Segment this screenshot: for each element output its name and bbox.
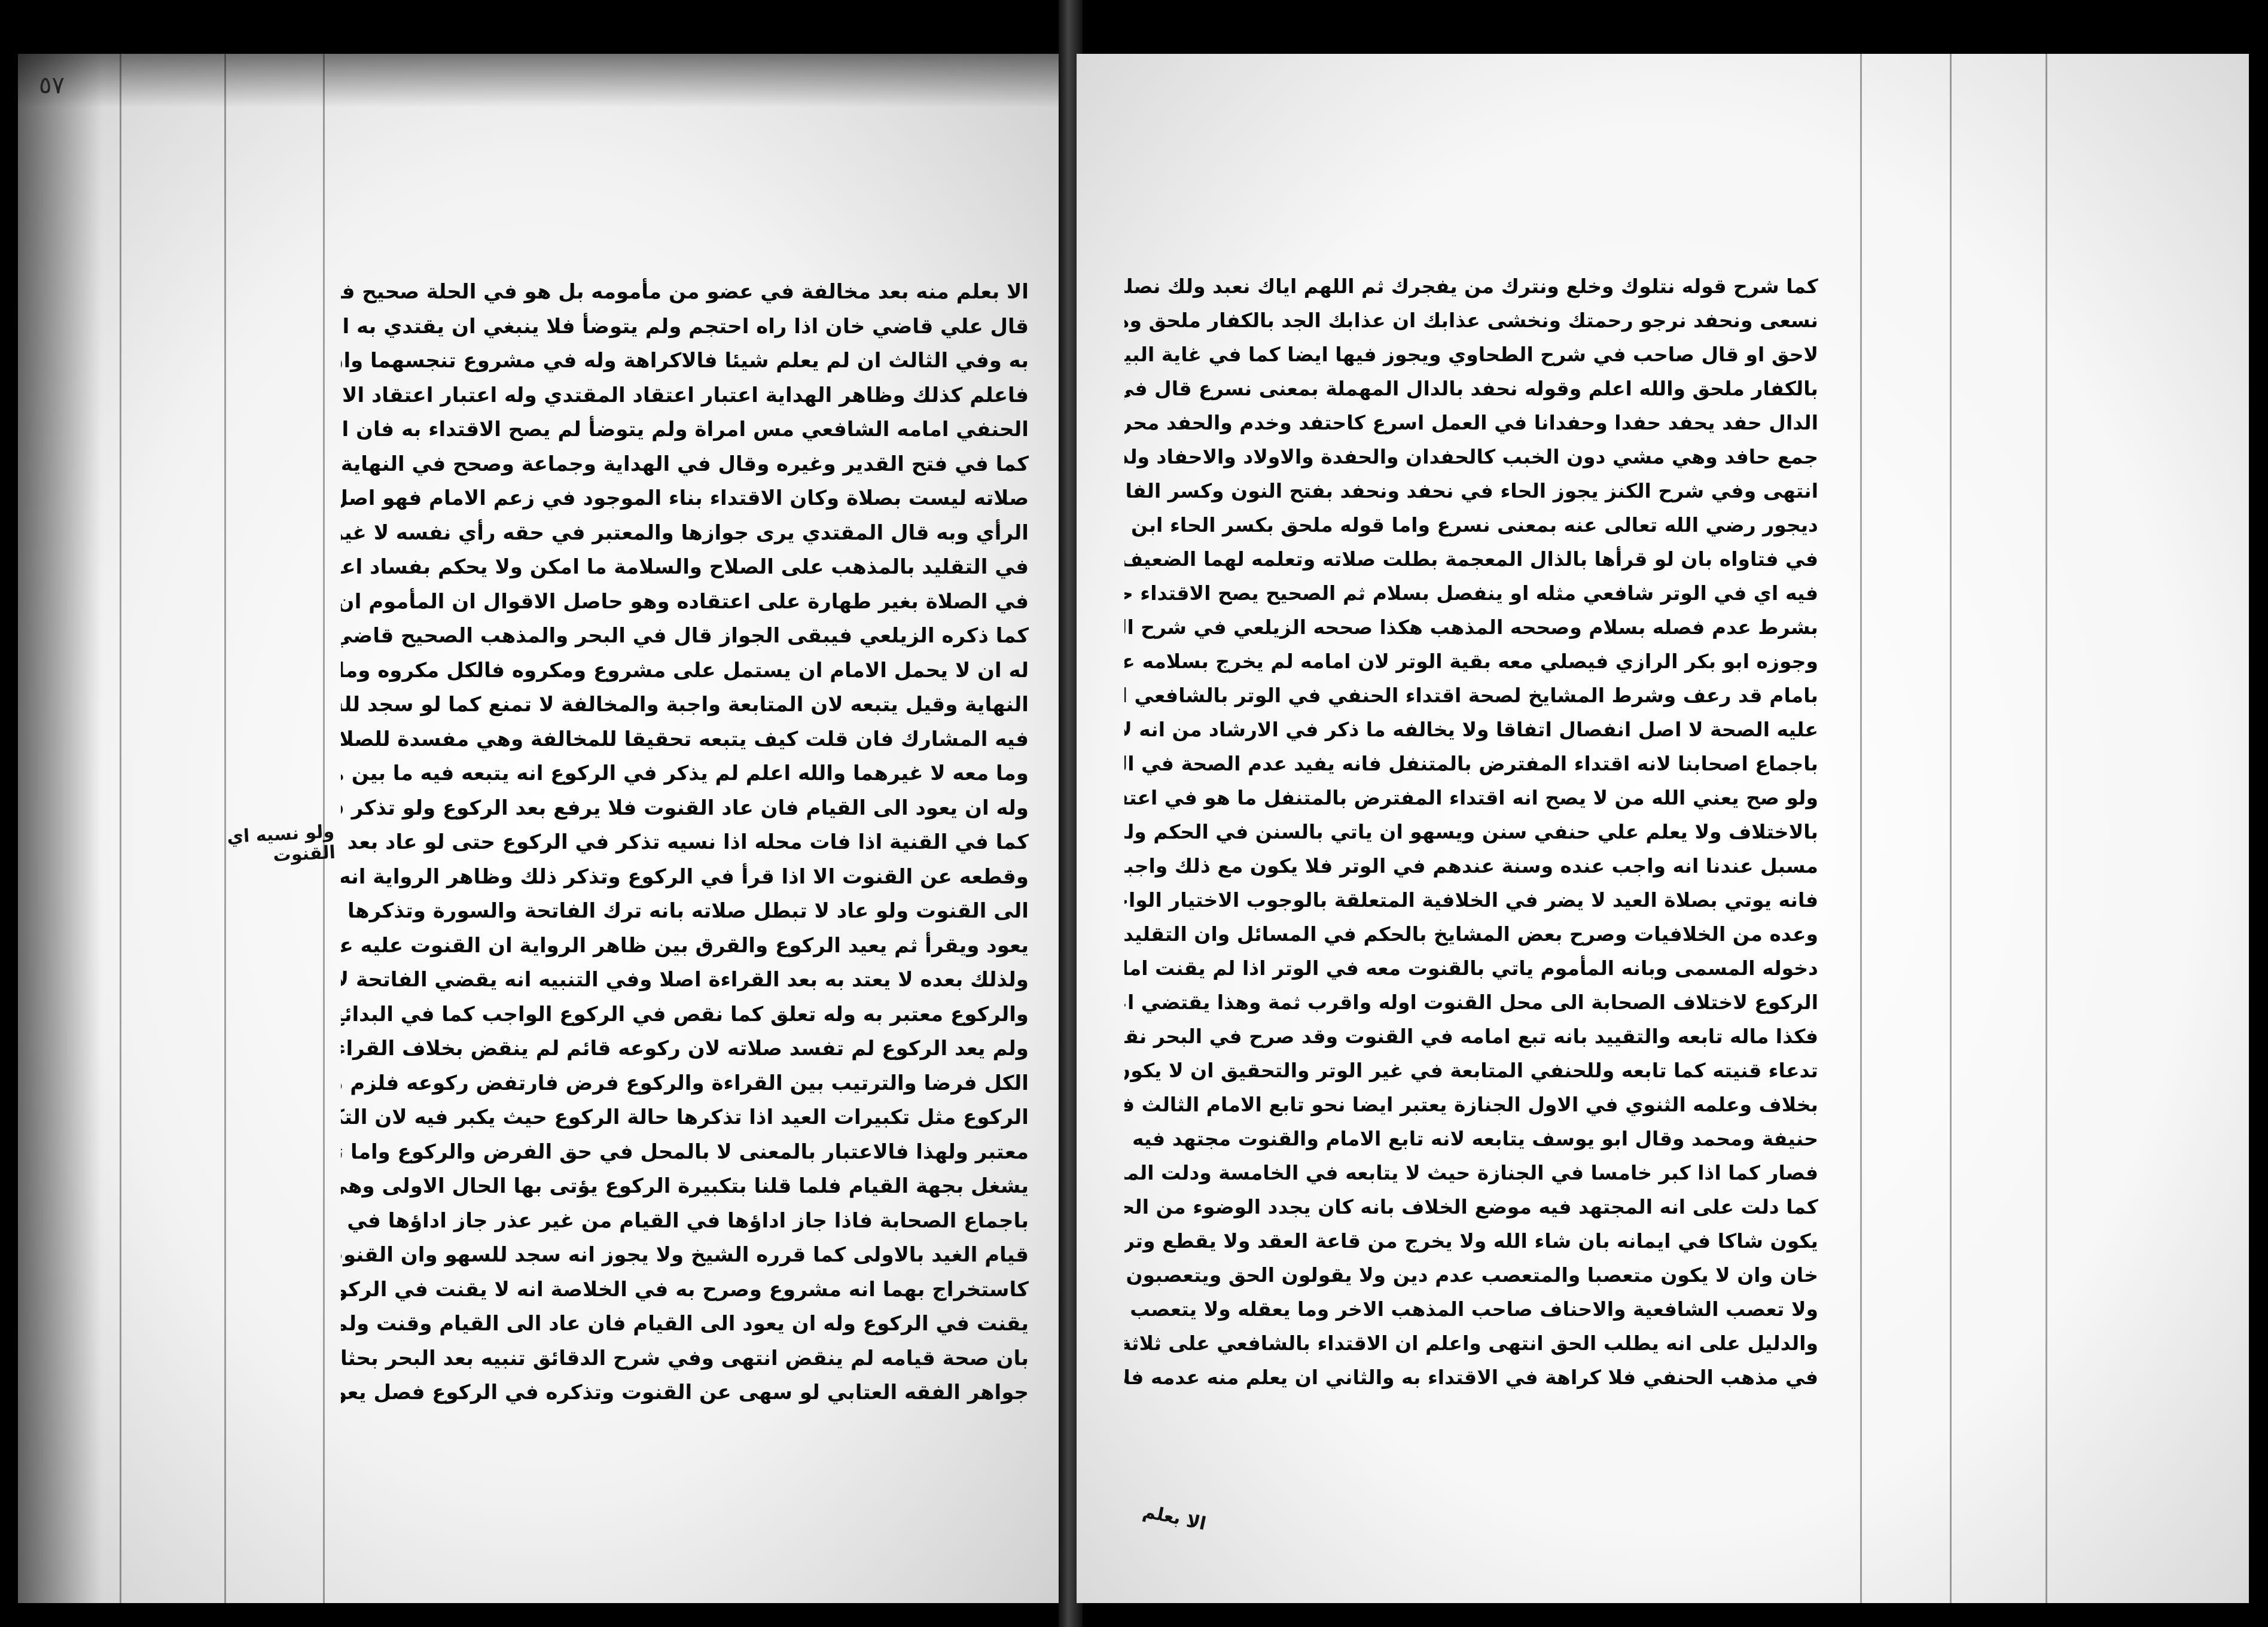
- text-line: ولذلك بعده لا يعتد به بعد القراءة اصلا و…: [341, 963, 1029, 998]
- text-line: وعده من الخلافيات وصرح بعض المشايخ بالحك…: [1124, 917, 1818, 951]
- text-line: والدليل على انه يطلب الحق انتهى واعلم ان…: [1124, 1326, 1818, 1360]
- text-line: الى القنوت ولو عاد لا تبطل صلاته بانه تر…: [341, 894, 1029, 929]
- text-line: كما شرح قوله نتلوك وخلع ونترك من يفجرك ث…: [1124, 269, 1818, 303]
- text-line: كاستخراج بهما انه مشروع وصرح به في الخلا…: [341, 1273, 1029, 1308]
- text-line: له ان لا يحمل الامام ان يستمل على مشروع …: [341, 654, 1029, 688]
- page-shadow-top: [18, 54, 1062, 108]
- catchword: الا بعلم: [1141, 1501, 1208, 1534]
- text-line: في الصلاة بغير طهارة على اعتقاده وهو حاص…: [341, 585, 1029, 620]
- text-line: ولو صح يعني الله من لا يصح انه اقتداء ال…: [1124, 781, 1818, 815]
- text-line: بان صحة قيامه لم ينقض انتهى وفي شرح الدق…: [341, 1342, 1029, 1376]
- text-line: كما في فتح القدير وغيره وقال في الهداية …: [341, 447, 1029, 482]
- ruling-line: [1950, 54, 1952, 1603]
- text-line: به وفي الثالث ان لم يعلم شيئا فالاكراهة …: [341, 344, 1029, 379]
- text-line: باجماع الصحابة فاذا جاز اداؤها في القيام…: [341, 1204, 1029, 1239]
- text-line: قال علي قاضي خان اذا راه احتجم ولم يتوضأ…: [341, 310, 1029, 345]
- text-line: والركوع معتبر به وله تعلق كما نقص في الر…: [341, 998, 1029, 1032]
- text-line: ديجور رضي الله تعالى عنه بمعنى نسرع واما…: [1124, 508, 1818, 542]
- text-line: جمع حافد وهي مشي دون الخبب كالحفدان والح…: [1124, 440, 1818, 474]
- text-line: قيام الغيد بالاولى كما قرره الشيخ ولا يج…: [341, 1238, 1029, 1273]
- text-line: تدعاء قنيته كما تابعه وللحنفي المتابعة ف…: [1124, 1053, 1818, 1087]
- text-line: الركوع مثل تكبيرات العيد اذا تذكرها حالة…: [341, 1101, 1029, 1135]
- text-line: ولا تعصب الشافعية والاحناف صاحب المذهب ا…: [1124, 1292, 1818, 1326]
- folio-number: ٥٧: [39, 72, 65, 99]
- right-page: كما شرح قوله نتلوك وخلع ونترك من يفجرك ث…: [1077, 54, 2249, 1603]
- text-line: في فتاواه بان لو قرأها بالذال المعجمة بط…: [1124, 542, 1818, 576]
- text-line: فيه اي في الوتر شافعي مثله او ينفصل بسلا…: [1124, 576, 1818, 610]
- text-line: بالكفار ملحق والله اعلم وقوله نحفد بالدا…: [1124, 371, 1818, 406]
- text-line: وقطعه عن القنوت الا اذا قرأ في الركوع وت…: [341, 860, 1029, 895]
- text-line: كما دلت على انه المجتهد فيه موضع الخلاف …: [1124, 1190, 1818, 1224]
- manuscript-scan: ٥٧ ولو نسيه اي القنوت الا بعلم منه بعد م…: [0, 0, 2268, 1627]
- text-line: صلاته ليست بصلاة وكان الاقتداء بناء المو…: [341, 482, 1029, 516]
- page-shadow: [18, 54, 102, 1603]
- text-line: وجوزه ابو بكر الرازي فيصلي معه بقية الوت…: [1124, 644, 1818, 678]
- text-line: فكذا ماله تابعه والتقييد بانه تبع امامه …: [1124, 1019, 1818, 1053]
- text-line: فاعلم كذلك وظاهر الهداية اعتبار اعتقاد ا…: [341, 379, 1029, 413]
- margin-note: ولو نسيه اي القنوت: [166, 821, 336, 872]
- text-line: بشرط عدم فصله بسلام وصححه المذهب هكذا صح…: [1124, 610, 1818, 644]
- text-line: بامام قد رعف وشرط المشايخ لصحة اقتداء ال…: [1124, 678, 1818, 712]
- text-line: عليه الصحة لا اصل انفصال اتفاقا ولا يخال…: [1124, 712, 1818, 747]
- text-line: الا بعلم منه بعد مخالفة في عضو من مأمومه…: [341, 275, 1029, 310]
- text-line: نسعى ونحفد نرجو رحمتك ونخشى عذابك ان عذا…: [1124, 303, 1818, 337]
- text-line: باجماع اصحابنا لانه اقتداء المفترض بالمت…: [1124, 747, 1818, 781]
- text-line: يكون شاكا في ايمانه بان شاء الله ولا يخر…: [1124, 1224, 1818, 1258]
- text-line: جواهر الفقه العتابي لو سهى عن القنوت وتذ…: [341, 1376, 1029, 1410]
- text-line: الرأي وبه قال المقتدي يرى جوازها والمعتب…: [341, 516, 1029, 551]
- text-line: في مذهب الحنفي فلا كراهة في الاقتداء به …: [1124, 1360, 1818, 1394]
- left-page: ٥٧ ولو نسيه اي القنوت الا بعلم منه بعد م…: [18, 54, 1062, 1603]
- text-line: بالاختلاف ولا يعلم علي حنفي سنن ويسهو ان…: [1124, 815, 1818, 849]
- right-page-text: كما شرح قوله نتلوك وخلع ونترك من يفجرك ث…: [1124, 269, 1818, 1394]
- text-line: حنيفة ومحمد وقال ابو يوسف يتابعه لانه تا…: [1124, 1122, 1818, 1156]
- text-line: فيه المشارك فان قلت كيف يتبعه تحقيقا للم…: [341, 723, 1029, 757]
- text-line: انتهى وفي شرح الكنز يجوز الحاء في نحفد و…: [1124, 474, 1818, 508]
- text-line: النهاية وقيل يتبعه لان المتابعة واجبة وا…: [341, 688, 1029, 723]
- text-line: الكل فرضا والترتيب بين القراءة والركوع ف…: [341, 1067, 1029, 1101]
- text-line: معتبر ولهذا فالاعتبار بالمعنى لا بالمحل …: [341, 1135, 1029, 1170]
- text-line: الركوع لاختلاف الصحابة الى محل القنوت او…: [1124, 985, 1818, 1019]
- text-line: مسبل عندنا انه واجب عنده وسنة عندهم في ا…: [1124, 849, 1818, 883]
- ruling-line: [120, 54, 121, 1603]
- text-line: يعود ويقرأ ثم يعيد الركوع والقرق بين ظاه…: [341, 929, 1029, 964]
- ruling-line: [1860, 54, 1862, 1603]
- text-line: في التقليد بالمذهب على الصلاح والسلامة م…: [341, 550, 1029, 585]
- text-line: فصار كما اذا كبر خامسا في الجنازة حيث لا…: [1124, 1156, 1818, 1190]
- text-line: الحنفي امامه الشافعي مس امراة ولم يتوضأ …: [341, 413, 1029, 447]
- text-line: يشغل بجهة القيام فلما قلنا بتكبيرة الركو…: [341, 1169, 1029, 1204]
- text-line: لاحق او قال صاحب في شرح الطحاوي ويجوز في…: [1124, 337, 1818, 371]
- text-line: ولم يعد الركوع لم تفسد صلاته لان ركوعه ق…: [341, 1032, 1029, 1067]
- ruling-line: [2046, 54, 2047, 1603]
- text-line: وله ان يعود الى القيام فان عاد القنوت فل…: [341, 791, 1029, 826]
- text-line: يقنت في الركوع وله ان يعود الى القيام فا…: [341, 1307, 1029, 1342]
- left-page-text: الا بعلم منه بعد مخالفة في عضو من مأمومه…: [341, 275, 1029, 1410]
- text-line: وما معه لا غيرهما والله اعلم لم يذكر في …: [341, 757, 1029, 791]
- text-line: دخوله المسمى وبانه المأموم ياتي بالقنوت …: [1124, 951, 1818, 985]
- text-line: الدال حفد يحفد حفدا وحفدانا في العمل اسر…: [1124, 406, 1818, 440]
- text-line: خان وان لا يكون متعصبا والمتعصب عدم دين …: [1124, 1258, 1818, 1292]
- text-line: فانه يوتي بصلاة العيد لا يضر في الخلافية…: [1124, 883, 1818, 917]
- text-line: كما ذكره الزيلعي فيبقى الجواز قال في الب…: [341, 619, 1029, 654]
- text-line: بخلاف وعلمه الثنوي في الاول الجنازة يعتب…: [1124, 1087, 1818, 1122]
- text-line: كما في القنية اذا فات محله اذا نسيه تذكر…: [341, 825, 1029, 860]
